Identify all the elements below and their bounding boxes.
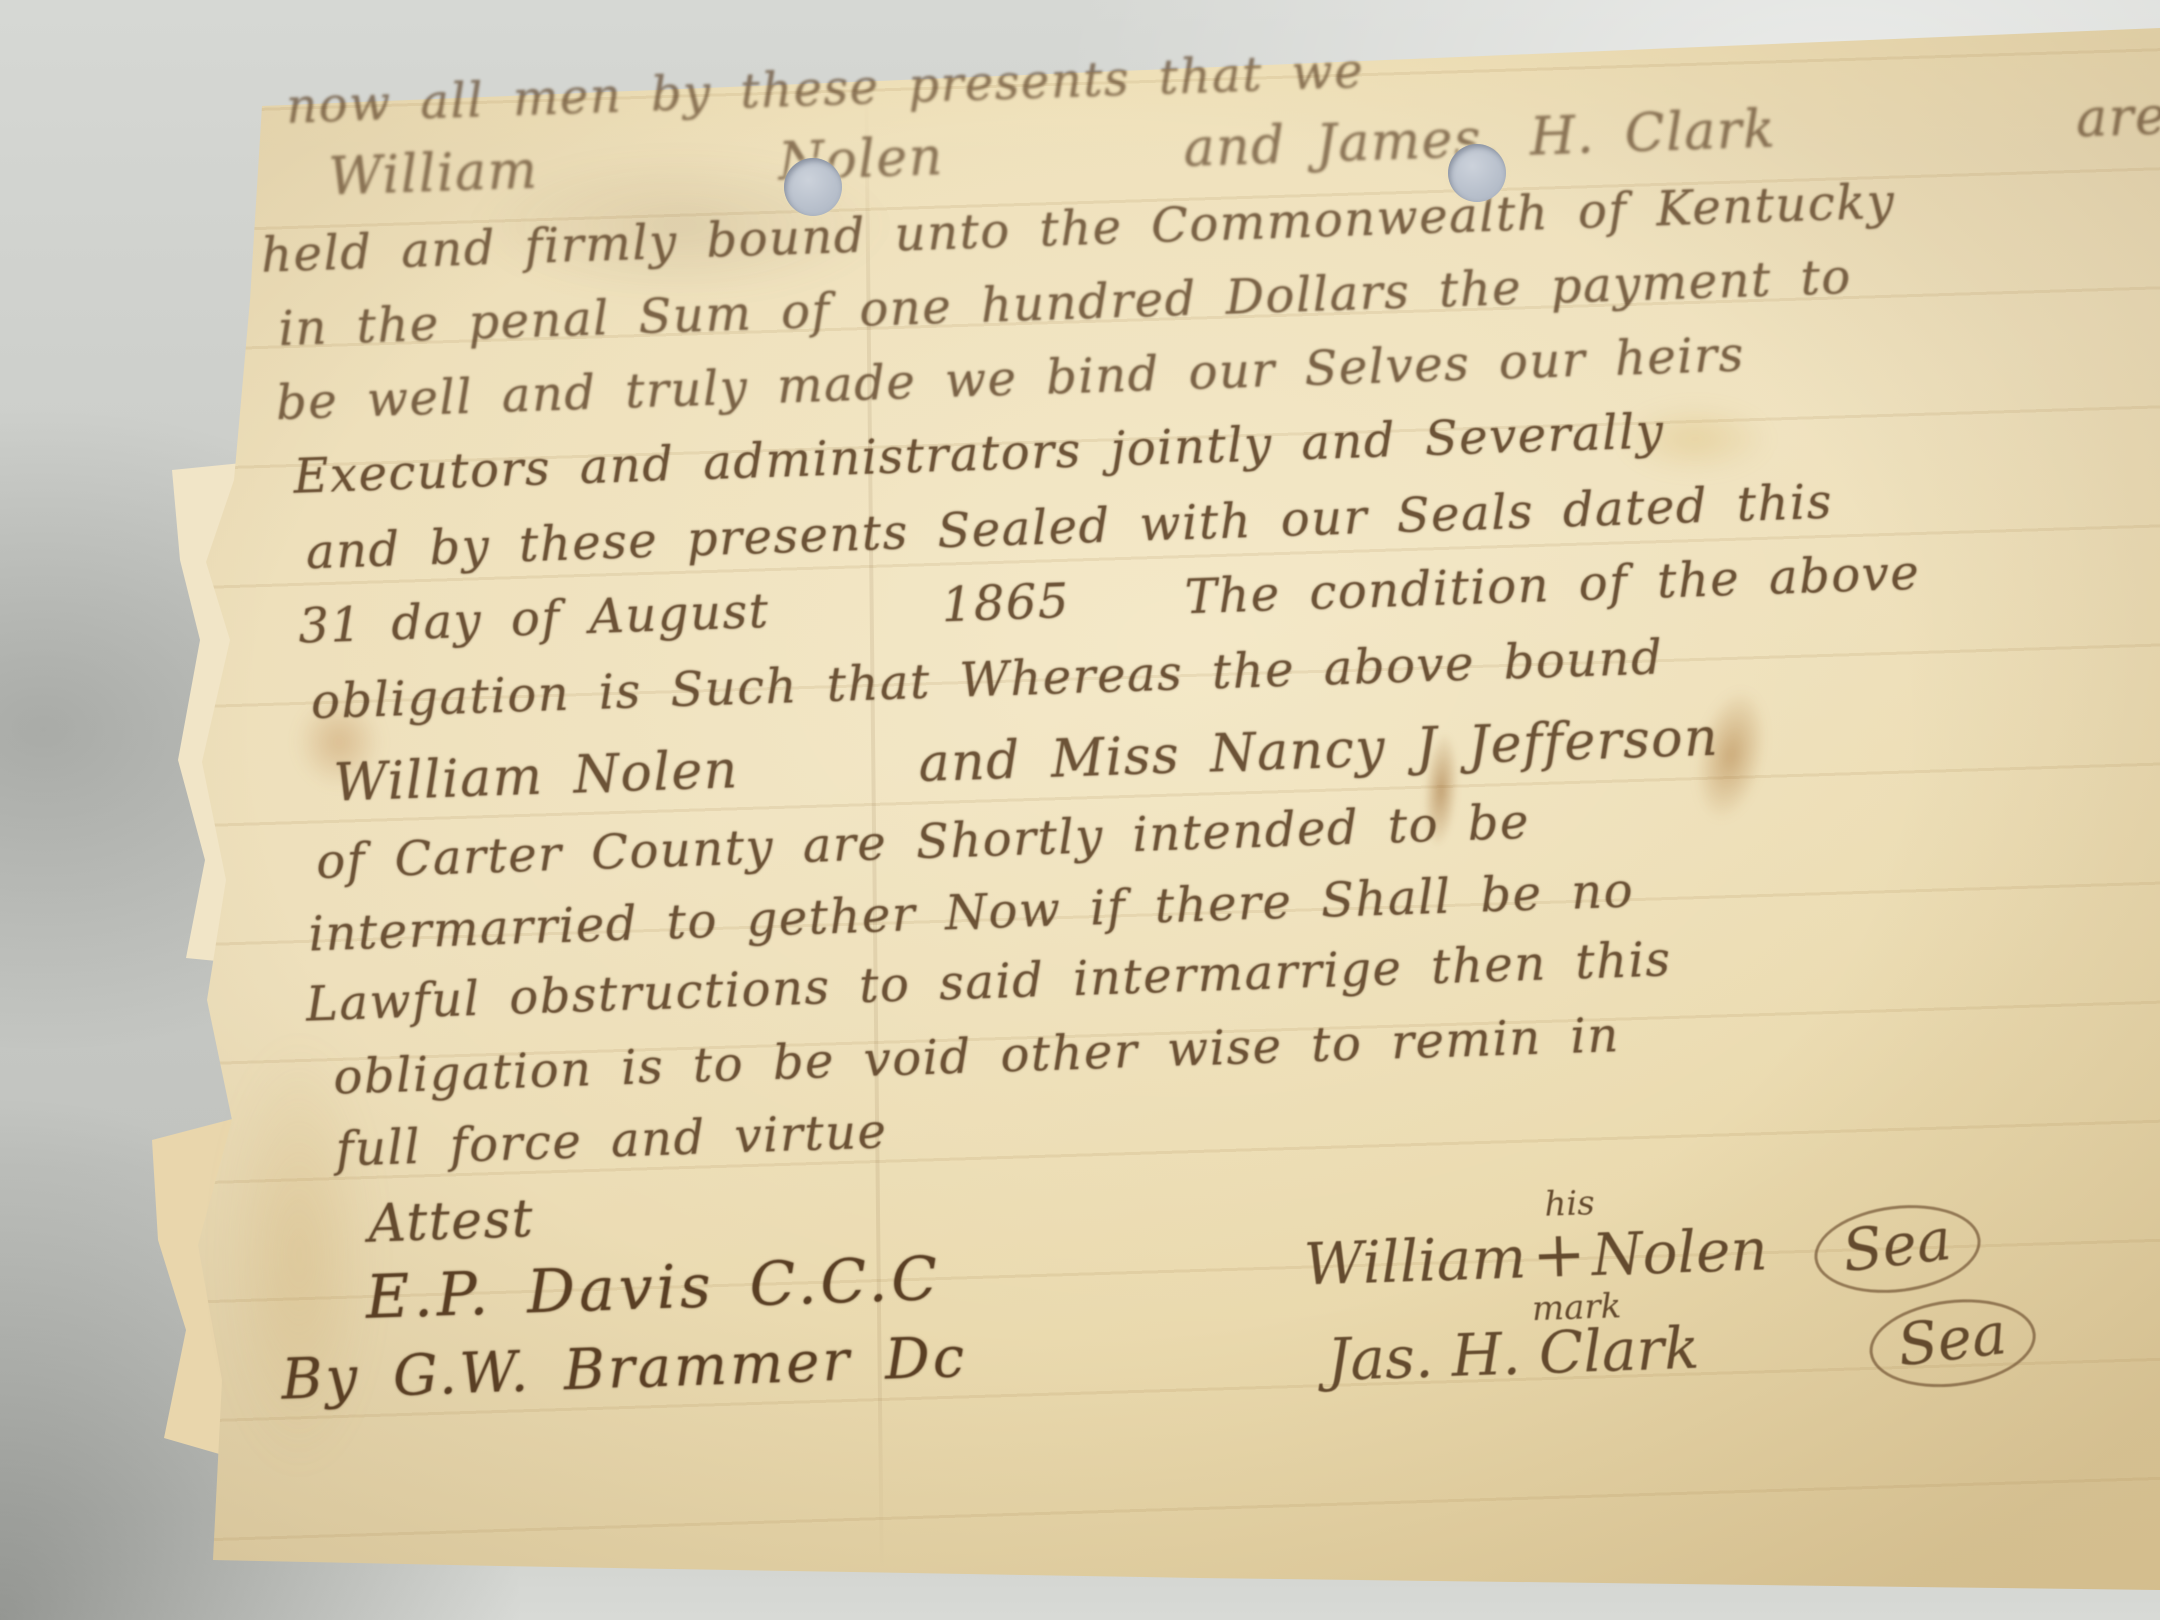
photo-of-document: { "photo": { "background_color": "#c9cbc… (0, 0, 2160, 1620)
document-line-15: full force and virtue (335, 1103, 888, 1177)
punch-hole-right (1448, 144, 1506, 202)
his-mark-label-top: his (1544, 1183, 1596, 1225)
attest-signature-brammer: By G.W. Brammer Dc (280, 1325, 968, 1413)
attest-signature-davis: E.P. Davis C.C.C (365, 1244, 943, 1333)
attest-label: Attest (367, 1189, 535, 1254)
handwriting-layer: now all men by these presents that we Wi… (250, 7, 2160, 1609)
punch-hole-left (784, 158, 842, 216)
signature-jas-h-clark: Jas. H. ClarkSea (1250, 1230, 2040, 1478)
signatory-name: Jas. H. Clark (1326, 1314, 1700, 1394)
seal-badge: Sea (1865, 1291, 2041, 1396)
